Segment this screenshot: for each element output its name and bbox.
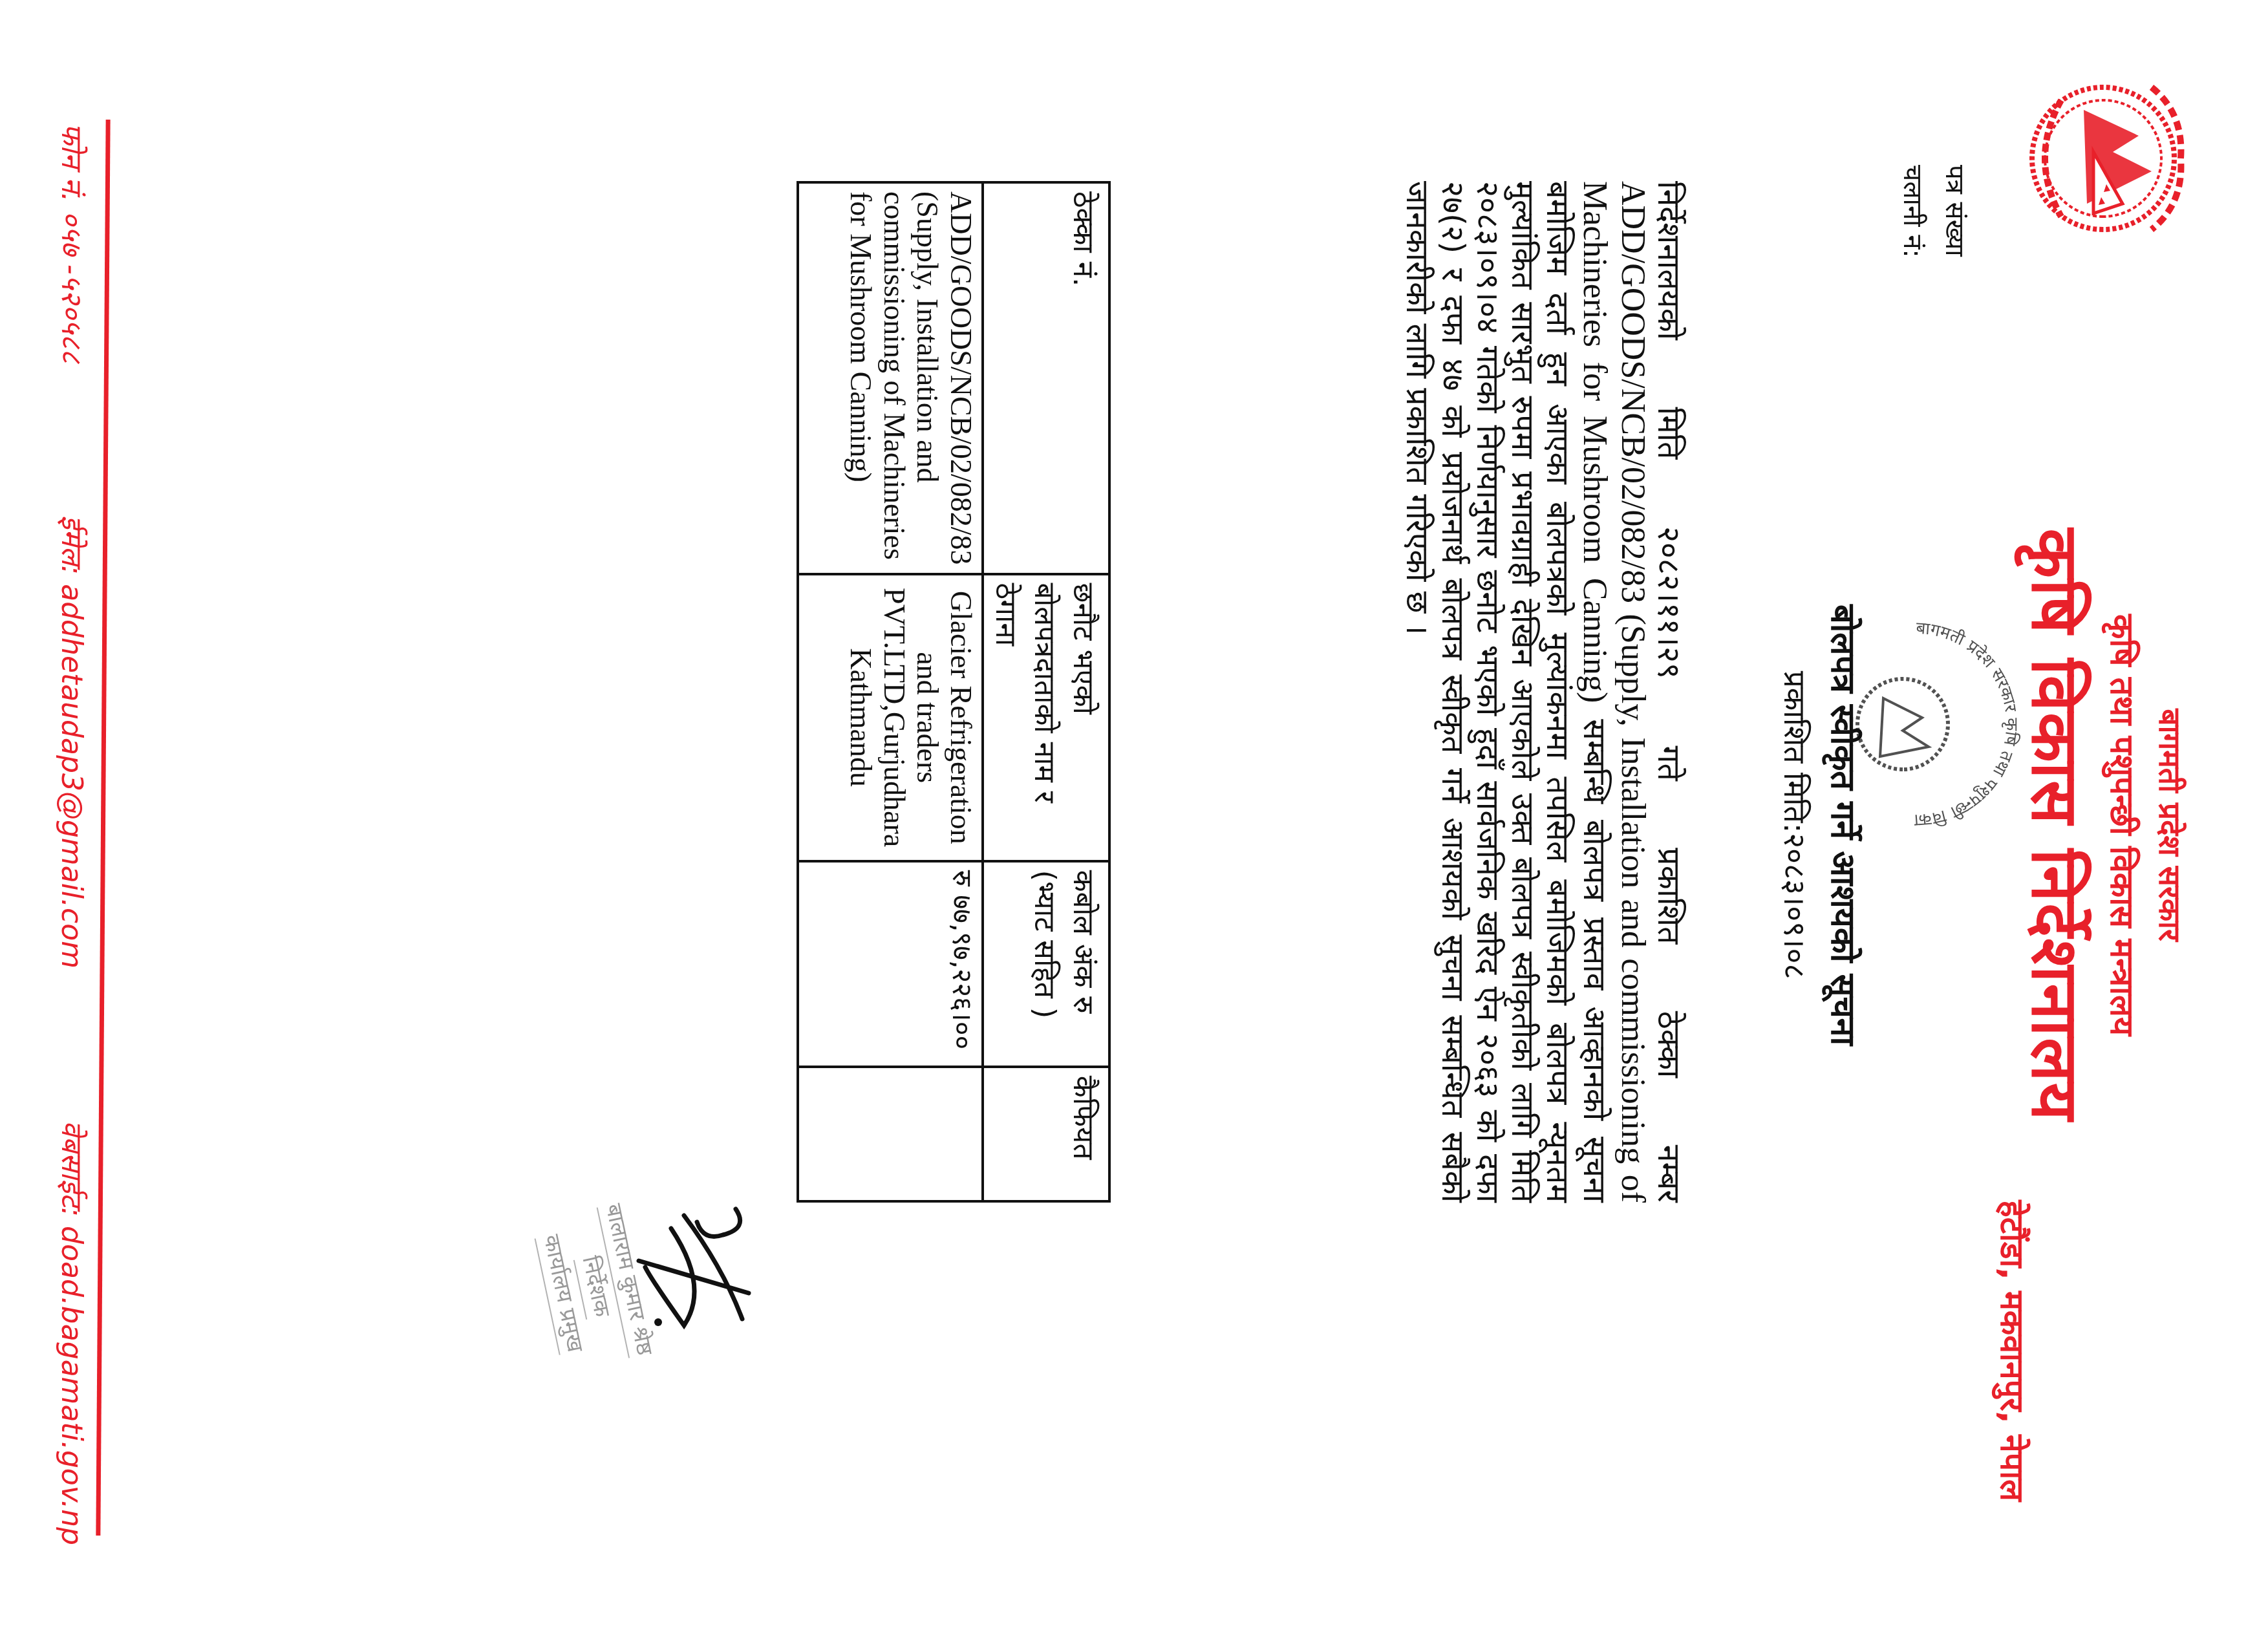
dispatch-number-label: चलानी नं: bbox=[1896, 165, 1932, 258]
header-bidder: छनौट भएको बोलपत्रदाताको नाम र ठेगाना bbox=[983, 574, 1109, 861]
header-remarks: कैफियत bbox=[983, 1067, 1109, 1201]
notice-body: निर्देशनालयको मिति २०८२।११।२९ गते प्रकाश… bbox=[1400, 181, 1686, 1203]
header-amount: कबोल अंक रु (भ्याट सहित ) bbox=[983, 861, 1109, 1067]
notice-title: बोलपत्र स्वीकृत गर्ने आशयको सूचना bbox=[1821, 0, 1867, 1650]
seal-text: बागमती प्रदेश सरकार कृषि तथा पशुपन्छी वि… bbox=[1913, 608, 2032, 830]
cell-remarks bbox=[798, 1067, 983, 1201]
scanned-notice-page: बागमती प्रदेश सरकार कृषि तथा पशुपन्छी वि… bbox=[0, 0, 2268, 1650]
cell-contract-no: ADD/GOODS/NCB/02/082/83 (Supply, Install… bbox=[798, 182, 983, 574]
footer-phone: फोन नं. ०५७ -५२०५८८ bbox=[54, 123, 92, 363]
body-part: निर्देशनालयको मिति २०८२।११।२९ गते प्रकाश… bbox=[1651, 181, 1687, 1203]
footer-divider bbox=[96, 120, 110, 1536]
letterhead-government: बागमती प्रदेश सरकार bbox=[2150, 0, 2190, 1650]
table-row: ADD/GOODS/NCB/02/082/83 (Supply, Install… bbox=[798, 182, 983, 1201]
footer-website[interactable]: वेबसाईट: doad.bagamati.gov.np bbox=[54, 1120, 92, 1545]
svg-text:बागमती प्रदेश सरकार कृषि तथा प: बागमती प्रदेश सरकार कृषि तथा पशुपन्छी वि… bbox=[1913, 608, 2032, 830]
footer: फोन नं. ०५७ -५२०५८८ ईमेल: addhetaudap3@g… bbox=[54, 123, 92, 1545]
cell-bidder: Glacier Refrigeration and traders PVT.LT… bbox=[798, 574, 983, 861]
reference-number-label: पत्र संख्या bbox=[1938, 165, 1974, 257]
published-date: प्रकाशित मिति:२०८३।०९।०८ bbox=[1775, 0, 1815, 1650]
cell-amount: रु ७७,९७,२२६।०० bbox=[798, 861, 983, 1067]
letterhead-ministry: कृषि तथा पशुपन्छी विकास मन्त्रालय bbox=[2101, 0, 2145, 1650]
footer-email[interactable]: ईमेल: addhetaudap3@gmail.com bbox=[54, 515, 92, 969]
table-header-row: ठेक्का नं. छनौट भएको बोलपत्रदाताको नाम र… bbox=[983, 182, 1109, 1201]
award-table: ठेक्का नं. छनौट भएको बोलपत्रदाताको नाम र… bbox=[797, 181, 1111, 1203]
header-contract-no: ठेक्का नं. bbox=[983, 182, 1109, 574]
letterhead-location: हेटौंडा, मकवानपुर, नेपाल bbox=[1991, 1200, 2035, 1501]
